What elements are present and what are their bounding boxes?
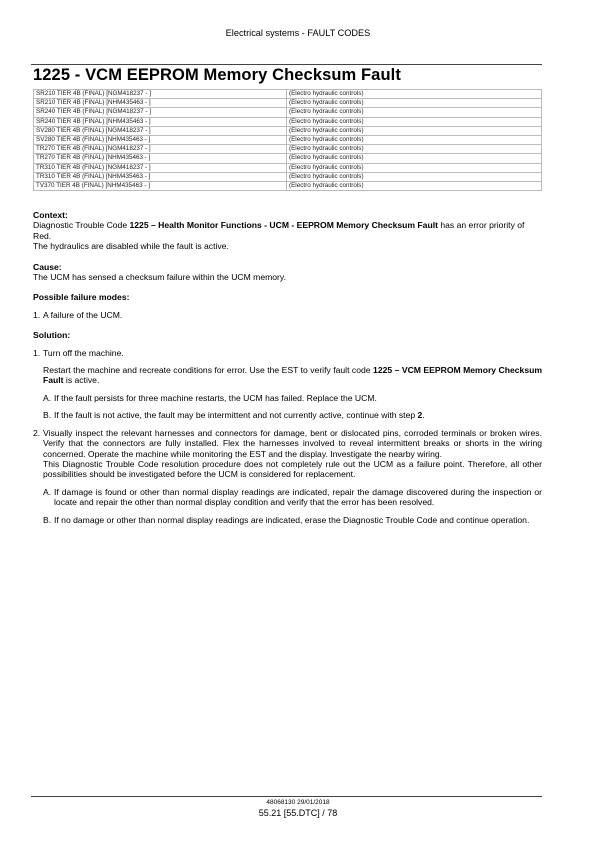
context-line2: The hydraulics are disabled while the fa… — [33, 241, 542, 251]
table-row: SR210 TIER 4B (FINAL) [NGM418237 - ](Ele… — [34, 90, 542, 99]
solution-step-2b: B. If no damage or other than normal dis… — [33, 515, 542, 525]
context-code: 1225 – Health Monitor Functions - UCM - … — [130, 220, 438, 230]
solution-step-2-note: This Diagnostic Trouble Code resolution … — [43, 459, 542, 479]
model-cell: TR310 TIER 4B (FINAL) [NGM418237 - ] — [34, 163, 287, 172]
solution-step-2a: A. If damage is found or other than norm… — [33, 487, 542, 508]
solution-step-1: 1. Turn off the machine. — [33, 348, 542, 358]
config-cell: (Electro hydraulic controls) — [287, 154, 542, 163]
solution-step-2: 2. Visually inspect the relevant harness… — [33, 428, 542, 480]
table-row: TR310 TIER 4B (FINAL) [NGM418237 - ](Ele… — [34, 163, 542, 172]
config-cell: (Electro hydraulic controls) — [287, 126, 542, 135]
footer-rule — [31, 796, 542, 797]
model-cell: TR270 TIER 4B (FINAL) [NGM418237 - ] — [34, 145, 287, 154]
model-cell: TV370 TIER 4B (FINAL) [NHM435463 - ] — [34, 181, 287, 190]
config-cell: (Electro hydraulic controls) — [287, 135, 542, 144]
model-cell: SR210 TIER 4B (FINAL) [NGM418237 - ] — [34, 90, 287, 99]
model-cell: SV280 TIER 4B (FINAL) [NGM418237 - ] — [34, 126, 287, 135]
applicability-table: SR210 TIER 4B (FINAL) [NGM418237 - ](Ele… — [33, 89, 542, 191]
context-heading: Context: — [33, 210, 542, 220]
table-row: SR240 TIER 4B (FINAL) [NHM435463 - ](Ele… — [34, 117, 542, 126]
model-cell: SR240 TIER 4B (FINAL) [NHM435463 - ] — [34, 117, 287, 126]
model-cell: SR240 TIER 4B (FINAL) [NGM418237 - ] — [34, 108, 287, 117]
cause-text: The UCM has sensed a checksum failure wi… — [33, 272, 542, 282]
config-cell: (Electro hydraulic controls) — [287, 108, 542, 117]
cause-heading: Cause: — [33, 262, 542, 272]
config-cell: (Electro hydraulic controls) — [287, 145, 542, 154]
config-cell: (Electro hydraulic controls) — [287, 181, 542, 190]
config-cell: (Electro hydraulic controls) — [287, 172, 542, 181]
table-row: TV370 TIER 4B (FINAL) [NHM435463 - ](Ele… — [34, 181, 542, 190]
failure-modes-heading: Possible failure modes: — [33, 292, 542, 302]
model-cell: TR270 TIER 4B (FINAL) [NHM435463 - ] — [34, 154, 287, 163]
table-row: SV280 TIER 4B (FINAL) [NGM418237 - ](Ele… — [34, 126, 542, 135]
solution-step-1-detail: Restart the machine and recreate conditi… — [33, 365, 542, 386]
table-row: TR270 TIER 4B (FINAL) [NGM418237 - ](Ele… — [34, 145, 542, 154]
table-row: SV280 TIER 4B (FINAL) [NHM435463 - ](Ele… — [34, 135, 542, 144]
config-cell: (Electro hydraulic controls) — [287, 117, 542, 126]
model-cell: SV280 TIER 4B (FINAL) [NHM435463 - ] — [34, 135, 287, 144]
solution-step-1b: B. If the fault is not active, the fault… — [33, 410, 542, 420]
failure-mode-item: 1. A failure of the UCM. — [33, 310, 542, 320]
config-cell: (Electro hydraulic controls) — [287, 163, 542, 172]
content: Context: Diagnostic Trouble Code 1225 – … — [33, 210, 542, 525]
context-text: Diagnostic Trouble Code 1225 – Health Mo… — [33, 220, 542, 241]
config-cell: (Electro hydraulic controls) — [287, 90, 542, 99]
footer-page-ref: 55.21 [55.DTC] / 78 — [0, 808, 596, 818]
running-head: Electrical systems - FAULT CODES — [0, 28, 596, 38]
table-row: SR210 TIER 4B (FINAL) [NHM435463 - ](Ele… — [34, 99, 542, 108]
context-prefix: Diagnostic Trouble Code — [33, 220, 130, 230]
config-cell: (Electro hydraulic controls) — [287, 99, 542, 108]
solution-step-1a: A. If the fault persists for three machi… — [33, 393, 542, 403]
page-title: 1225 - VCM EEPROM Memory Checksum Fault — [33, 66, 401, 85]
table-row: TR270 TIER 4B (FINAL) [NHM435463 - ](Ele… — [34, 154, 542, 163]
footer-doc-ref: 48068130 29/01/2018 — [0, 799, 596, 806]
table-row: TR310 TIER 4B (FINAL) [NHM435463 - ](Ele… — [34, 172, 542, 181]
solution-heading: Solution: — [33, 330, 542, 340]
model-cell: SR210 TIER 4B (FINAL) [NHM435463 - ] — [34, 99, 287, 108]
table-row: SR240 TIER 4B (FINAL) [NGM418237 - ](Ele… — [34, 108, 542, 117]
model-cell: TR310 TIER 4B (FINAL) [NHM435463 - ] — [34, 172, 287, 181]
title-rule — [31, 64, 542, 65]
